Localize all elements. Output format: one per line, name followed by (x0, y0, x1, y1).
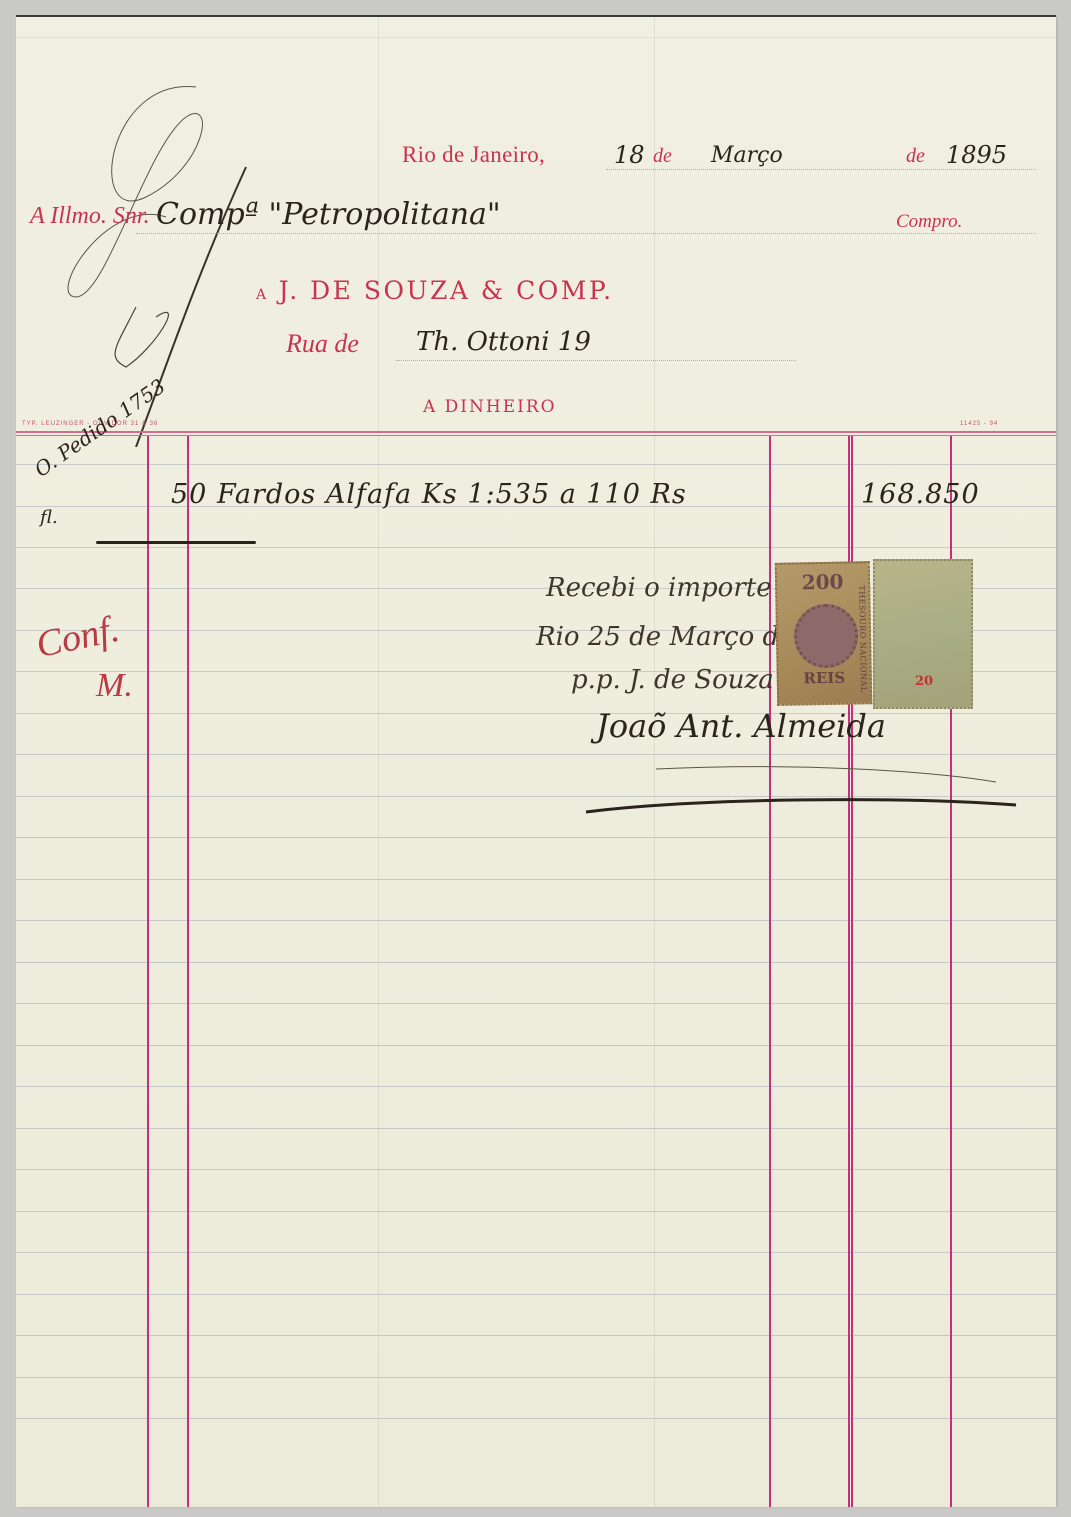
street-value: Th. Ottoni 19 (416, 327, 591, 357)
city-label: Rio de Janeiro, (402, 142, 545, 168)
ledger-line (16, 1418, 1056, 1419)
line-item-description: 50 Fardos Alfafa Ks 1:535 a 110 Rs (171, 479, 687, 510)
revenue-stamp-200-reis: 200 THESOURO NACIONAL REIS (775, 561, 872, 706)
underline-stroke (96, 541, 256, 544)
revenue-stamp-20: 20 (873, 559, 973, 709)
ledger-line (16, 713, 1056, 714)
street-dotted-line (396, 360, 796, 361)
ledger-line (16, 1169, 1056, 1170)
conferido-note: Conf. (32, 607, 123, 667)
seller-prefix: A (256, 287, 269, 303)
header-rule (16, 435, 1056, 436)
stamp-portrait-icon (793, 603, 858, 668)
header-rule (16, 431, 1056, 433)
order-reference-line2: fl. (40, 507, 58, 528)
column-rule (147, 436, 149, 1507)
ledger-line (16, 547, 1056, 548)
stamp-unit: REIS (779, 668, 870, 688)
date-year: 1895 (946, 141, 1007, 169)
street-prefix: Rua de (286, 329, 359, 359)
date-day: 18 (614, 141, 645, 169)
ledger-line (16, 1377, 1056, 1378)
conferido-initials: M. (96, 667, 133, 705)
date-dotted-line (606, 169, 1036, 170)
ledger-line (16, 1045, 1056, 1046)
recipient-dotted-line (136, 233, 1036, 234)
line-item-amount: 168.850 (861, 479, 980, 510)
ledger-line (16, 837, 1056, 838)
ledger-line (16, 1086, 1056, 1087)
fold-line (378, 17, 379, 1507)
stamp-value: 200 (777, 569, 868, 595)
ledger-line (16, 464, 1056, 465)
form-number: 11425 - 94 (960, 421, 998, 427)
column-rule (187, 436, 189, 1507)
invoice-paper: Rio de Janeiro, 18 de Março de 1895 A Il… (16, 17, 1056, 1507)
ledger-line (16, 754, 1056, 755)
seller-name: J. DE SOUZA & COMP. (279, 276, 614, 305)
signature-flourish-icon (556, 757, 1036, 827)
ledger-line (16, 1335, 1056, 1336)
ledger-line (16, 962, 1056, 963)
ledger-line (16, 1294, 1056, 1295)
ledger-line (16, 920, 1056, 921)
ledger-line (16, 879, 1056, 880)
seller-name-row: AJ. DE SOUZA & COMP. (256, 276, 614, 305)
ledger-line (16, 1003, 1056, 1004)
ledger-line (16, 1128, 1056, 1129)
receipt-line-1: Recebi o importe (546, 573, 772, 603)
ledger-line (16, 1252, 1056, 1253)
fold-line (16, 37, 1056, 38)
date-month: Março (711, 143, 783, 168)
ledger-line (16, 1211, 1056, 1212)
signature: Joaõ Ant. Almeida (596, 707, 886, 745)
date-de-label: de (653, 145, 672, 168)
stamp-value: 20 (915, 674, 933, 689)
recipient-prefix: A Illmo. Snr. (30, 203, 150, 230)
compro-label: Compro. (896, 211, 962, 233)
recipient-name: Compª "Petropolitana" (156, 197, 501, 232)
payment-terms: A DINHEIRO (423, 397, 557, 417)
date-de-label: de (906, 145, 925, 168)
